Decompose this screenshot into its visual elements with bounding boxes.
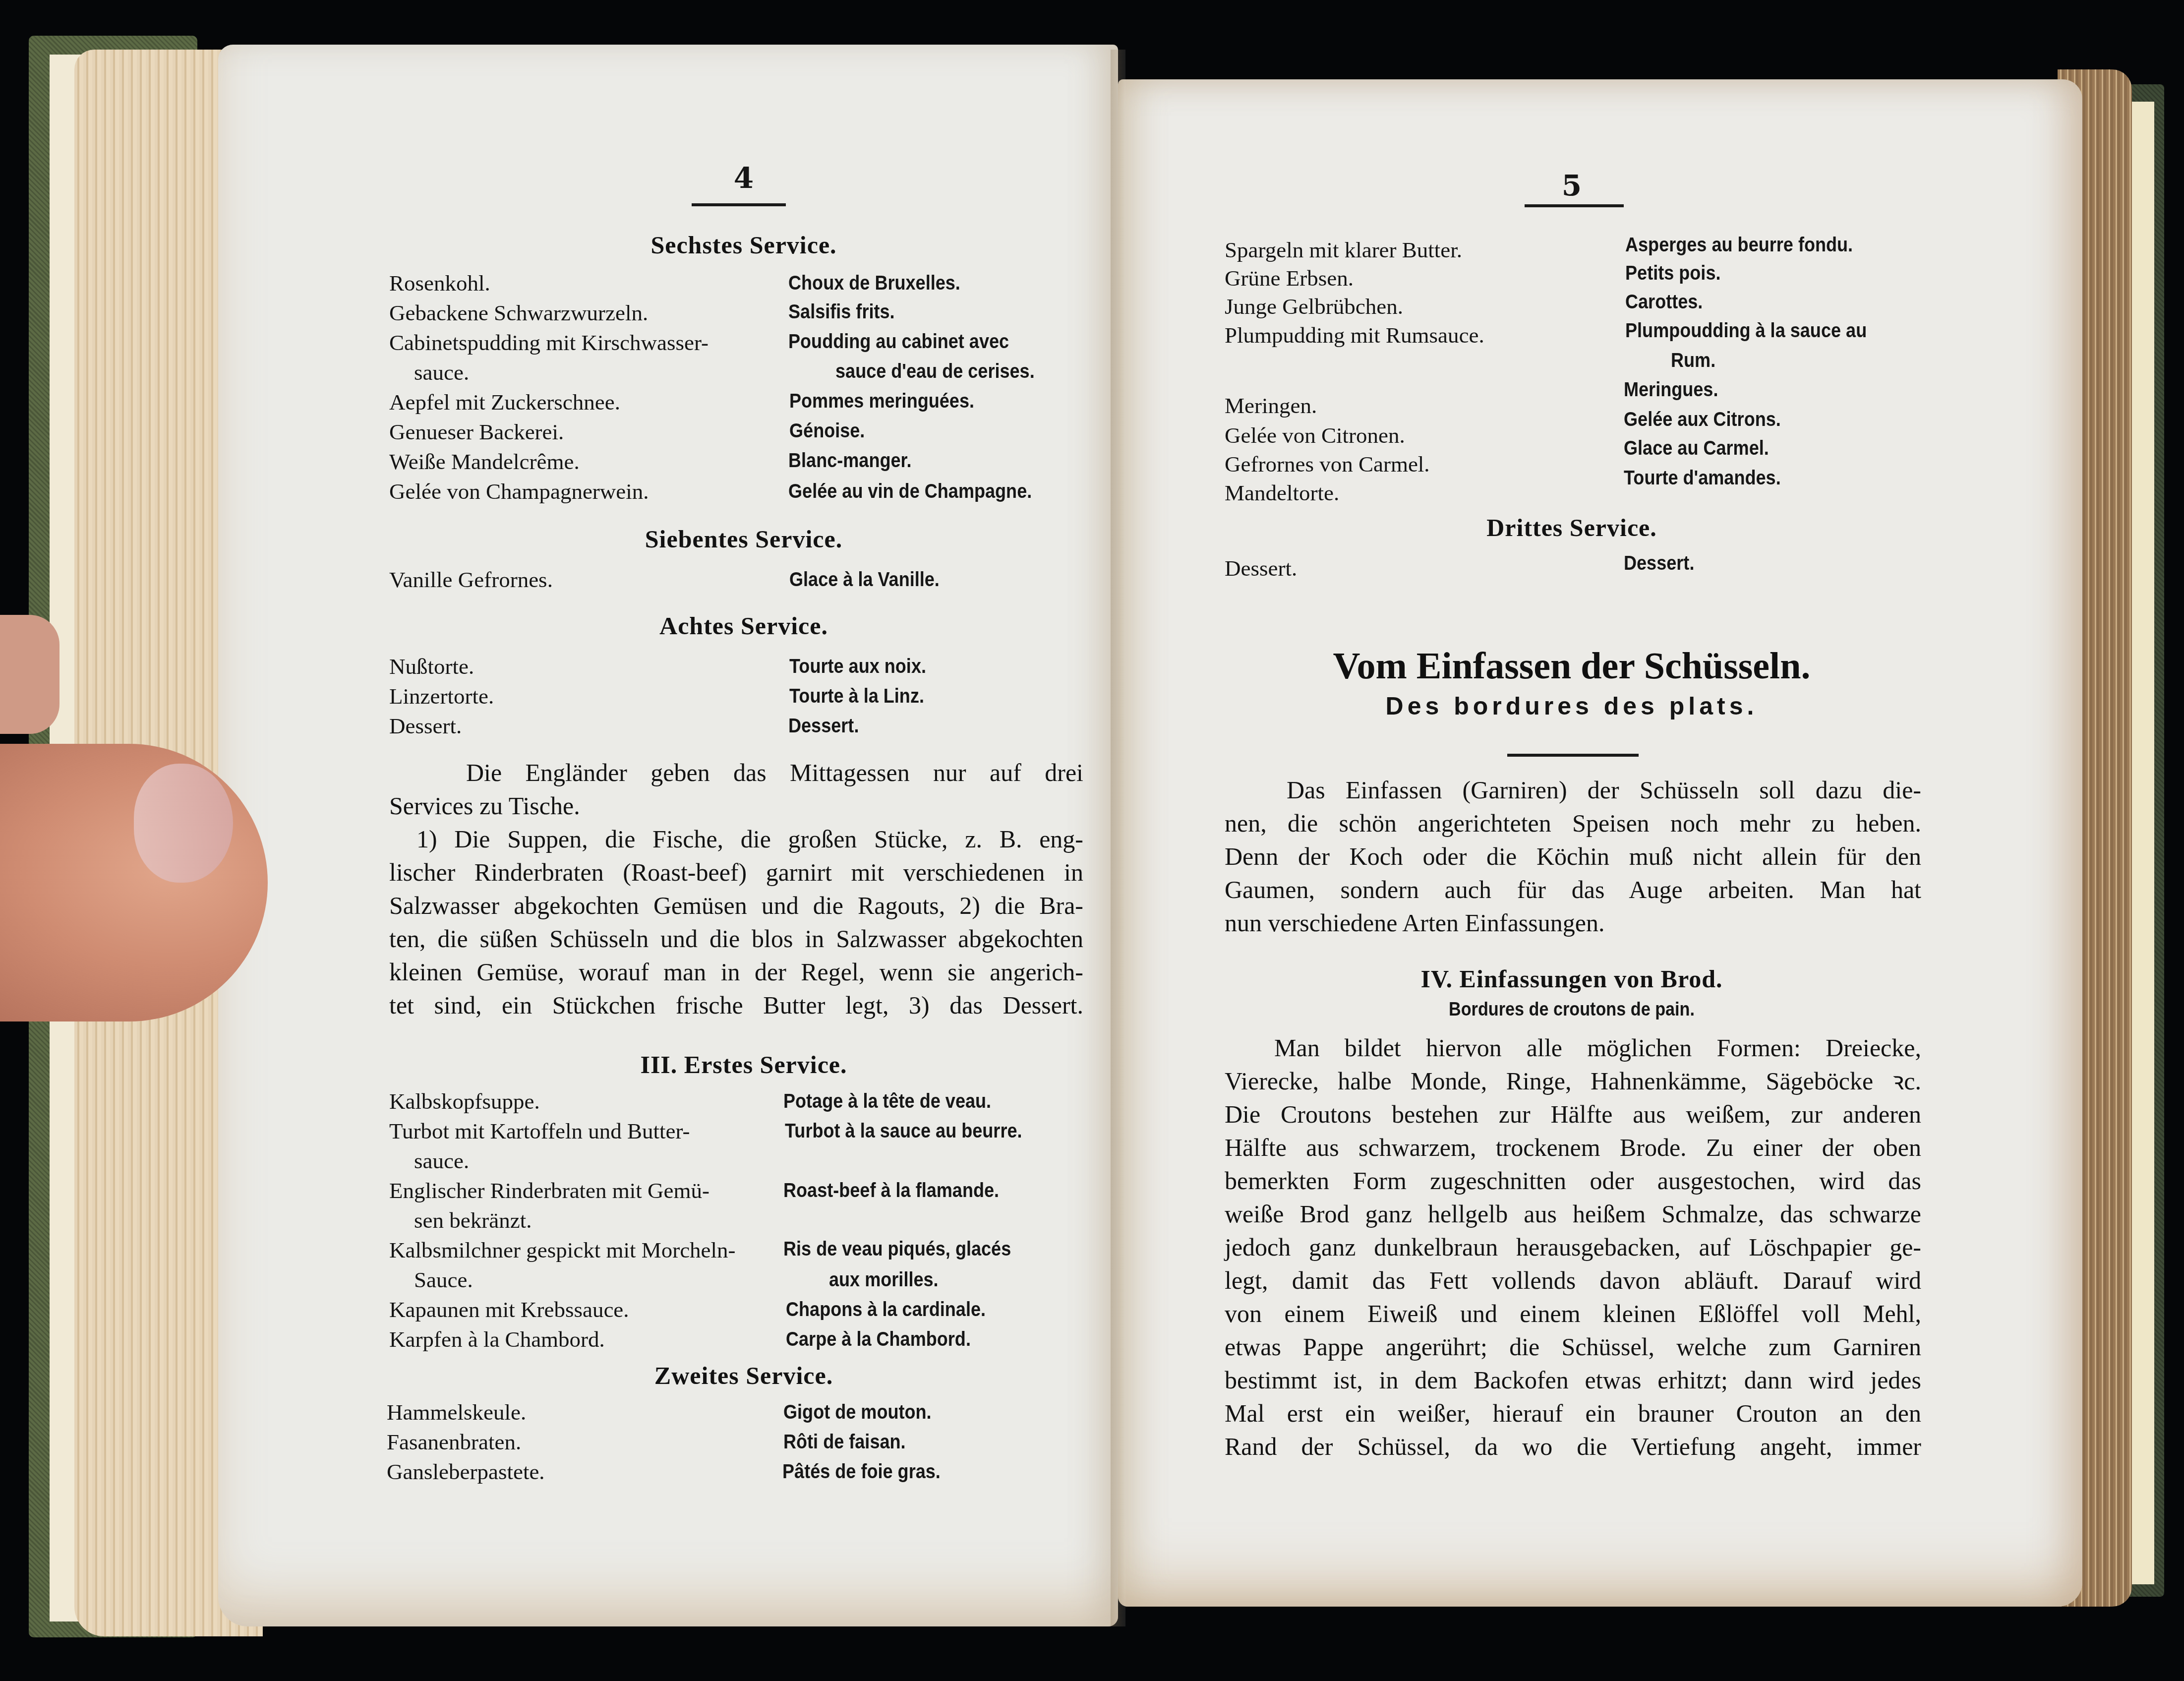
dish-de: Junge Gelbrübchen. [1225,294,1403,319]
dish-de: Kalbskopfsuppe. [389,1088,540,1114]
dish-de: Englischer Rinderbraten mit Gemü- [389,1178,709,1203]
dish-fr: Tourte d'amandes. [1624,466,1781,489]
paragraph-line: nun verschiedene Arten Einfassungen. [1225,906,1921,940]
paragraph-line: etwas Pappe angerührt; die Schüssel, wel… [1225,1330,1921,1364]
paragraph-line: Die Engländer geben das Mittagessen nur … [389,756,1083,789]
thumb [0,744,268,1021]
paragraph-line: Rand der Schüssel, da wo die Vertiefung … [1225,1430,1921,1463]
dish-de-cont: sen bekränzt. [414,1207,531,1233]
dish-fr: Petits pois. [1625,261,1720,285]
dish-fr-cont: Rum. [1671,349,1715,372]
paragraph-line: legt, damit das Fett vollends davon ablä… [1225,1264,1921,1297]
paragraph-line: Gaumen, sondern auch für das Auge arbeit… [1225,873,1921,906]
dish-fr: Roast-beef à la flamande. [783,1179,999,1202]
chapter-subtitle: Des bordures des plats. [1225,692,1919,720]
dish-fr: Chapons à la cardinale. [786,1298,986,1321]
paragraph-line: bestimmt ist, in dem Backofen etwas erhi… [1225,1364,1921,1397]
dish-de: Nußtorte. [389,654,474,679]
dish-fr: Meringues. [1624,378,1718,401]
page-number-left: 4 [694,161,793,195]
paragraph-line: von einem Eiweiß und einem kleinen Eßlöf… [1225,1297,1921,1330]
section-heading: III. Erstes Service. [496,1050,992,1079]
dish-de: Turbot mit Kartoffeln und Butter- [389,1118,690,1144]
dish-de: Karpfen à la Chambord. [389,1326,605,1352]
dish-de: Dessert. [1225,555,1297,581]
dish-de-cont: Sauce. [414,1267,473,1293]
dish-de: Gefrornes von Carmel. [1225,451,1430,477]
paragraph-line: Die Croutons bestehen zur Hälfte aus wei… [1225,1098,1921,1131]
dish-fr: Tourte à la Linz. [789,684,924,708]
dish-fr-cont: aux morilles. [829,1268,939,1291]
dish-fr: Poudding au cabinet avec [788,330,1009,353]
dish-de: Meringen. [1225,393,1317,419]
dish-de: Weiße Mandelcrême. [389,449,580,475]
dish-fr: Génoise. [789,419,865,442]
dish-fr: Glace au Carmel. [1624,436,1769,460]
dish-fr: Glace à la Vanille. [789,568,940,591]
dish-de: Mandeltorte. [1225,480,1339,506]
dish-de: Kalbsmilchner gespickt mit Morcheln- [389,1237,736,1263]
paragraph-line: Mal erst ein weißer, hierauf ein brauner… [1225,1397,1921,1430]
dish-de: Gansleberpastete. [387,1459,545,1485]
dish-de: Cabinetspudding mit Kirschwasser- [389,330,708,356]
dish-fr-cont: sauce d'eau de cerises. [835,360,1035,383]
dish-de: Vanille Gefrornes. [389,567,553,593]
dish-de: Dessert. [389,713,462,739]
dish-fr: Salsifis frits. [788,300,895,323]
paragraph-line: 1) Die Suppen, die Fische, die großen St… [389,823,1083,856]
paragraph-line: kleinen Gemüse, worauf man in der Regel,… [389,956,1083,989]
dish-fr: Dessert. [788,714,859,737]
dish-de: Genueser Backerei. [389,419,564,445]
section-heading: Drittes Service. [1324,513,1820,542]
dish-de: Kapaunen mit Krebssauce. [389,1297,629,1322]
dish-fr: Carpe à la Chambord. [786,1327,971,1351]
dish-fr: Choux de Bruxelles. [788,271,960,295]
dish-fr: Plumpoudding à la sauce au [1625,319,1867,342]
paragraph-line: Man bildet hiervon alle möglichen Formen… [1225,1031,1921,1065]
body-paragraph: Die Engländer geben das Mittagessen nur … [389,756,1083,1022]
paragraph-line: Vierecke, halbe Monde, Ringe, Hahnenkämm… [1225,1065,1921,1098]
paragraph-line: Hälfte aus schwarzem, trockenem Brode. Z… [1225,1131,1921,1164]
dish-de: Fasanenbraten. [387,1429,521,1455]
paragraph-line: nen, die schön angerichteten Speisen noc… [1225,807,1921,840]
dish-fr: Gelée aux Citrons. [1624,408,1781,431]
paragraph-line: lischer Rinderbraten (Roast-beef) garnir… [389,856,1083,889]
dish-de: Gelée von Champagnerwein. [389,479,649,504]
dish-de: Rosenkohl. [389,270,490,296]
dish-de-cont: sauce. [414,1148,469,1174]
chapter-title: Vom Einfassen der Schüsseln. [1225,645,1919,688]
paragraph-line: Services zu Tische. [389,789,1083,823]
section-heading: Sechstes Service. [496,231,992,259]
dish-fr: Pommes meringuées. [789,389,974,413]
page-number-right: 5 [1522,169,1621,202]
finger [0,615,59,734]
dish-de: Grüne Erbsen. [1225,265,1354,291]
paragraph-line: tet sind, ein Stückchen frische Butter l… [389,989,1083,1022]
dish-fr: Rôti de faisan. [783,1430,906,1453]
body-paragraph: Das Einfassen (Garniren) der Schüsseln s… [1225,774,1921,940]
dish-fr: Ris de veau piqués, glacés [783,1237,1011,1261]
section-heading: Siebentes Service. [496,525,992,553]
paragraph-line: bemerkten Form zugeschnitten oder ausges… [1225,1164,1921,1198]
page-number-rule [1525,204,1624,207]
dish-fr: Blanc-manger. [788,449,912,472]
dish-de: Spargeln mit klarer Butter. [1225,237,1462,263]
dish-fr: Potage à la tête de veau. [783,1089,991,1113]
subsection-heading: IV. Einfassungen von Brod. [1225,964,1919,993]
dish-de: Aepfel mit Zuckerschnee. [389,389,620,415]
book-gutter [1111,50,1125,1626]
dish-fr: Turbot à la sauce au beurre. [785,1119,1022,1142]
dish-fr: Asperges au beurre fondu. [1625,233,1853,256]
dish-fr: Tourte aux noix. [789,655,926,678]
paragraph-line: weiße Brod ganz hellgelb aus heißem Schm… [1225,1198,1921,1231]
dish-de: Gelée von Citronen. [1225,422,1405,448]
paragraph-line: Denn der Koch oder die Köchin muß nicht … [1225,840,1921,873]
dish-de: Plumpudding mit Rumsauce. [1225,322,1484,348]
paragraph-line: jedoch ganz dunkelbraun herausgebacken, … [1225,1231,1921,1264]
dish-de: Hammelskeule. [387,1399,526,1425]
paragraph-line: Das Einfassen (Garniren) der Schüsseln s… [1225,774,1921,807]
thumbnail [134,764,233,883]
dish-de-cont: sauce. [414,360,469,385]
subsection-subtitle: Bordures de croutons de pain. [1259,999,1884,1021]
paragraph-line: Salzwasser abgekochten Gemüsen und die R… [389,889,1083,922]
dish-fr: Gigot de mouton. [783,1400,932,1424]
body-paragraph: Man bildet hiervon alle möglichen Formen… [1225,1031,1921,1463]
dish-de: Linzertorte. [389,683,494,709]
dish-de: Gebackene Schwarzwurzeln. [389,300,648,326]
section-heading: Zweites Service. [496,1361,992,1390]
dish-fr: Dessert. [1624,551,1694,575]
dish-fr: Pâtés de foie gras. [782,1460,941,1483]
chapter-rule [1507,754,1639,757]
dish-fr: Gelée au vin de Champagne. [788,480,1032,503]
paragraph-line: ten, die süßen Schüsseln und die blos in… [389,922,1083,956]
dish-fr: Carottes. [1625,290,1703,313]
page-number-rule [692,203,786,206]
section-heading: Achtes Service. [496,611,992,640]
